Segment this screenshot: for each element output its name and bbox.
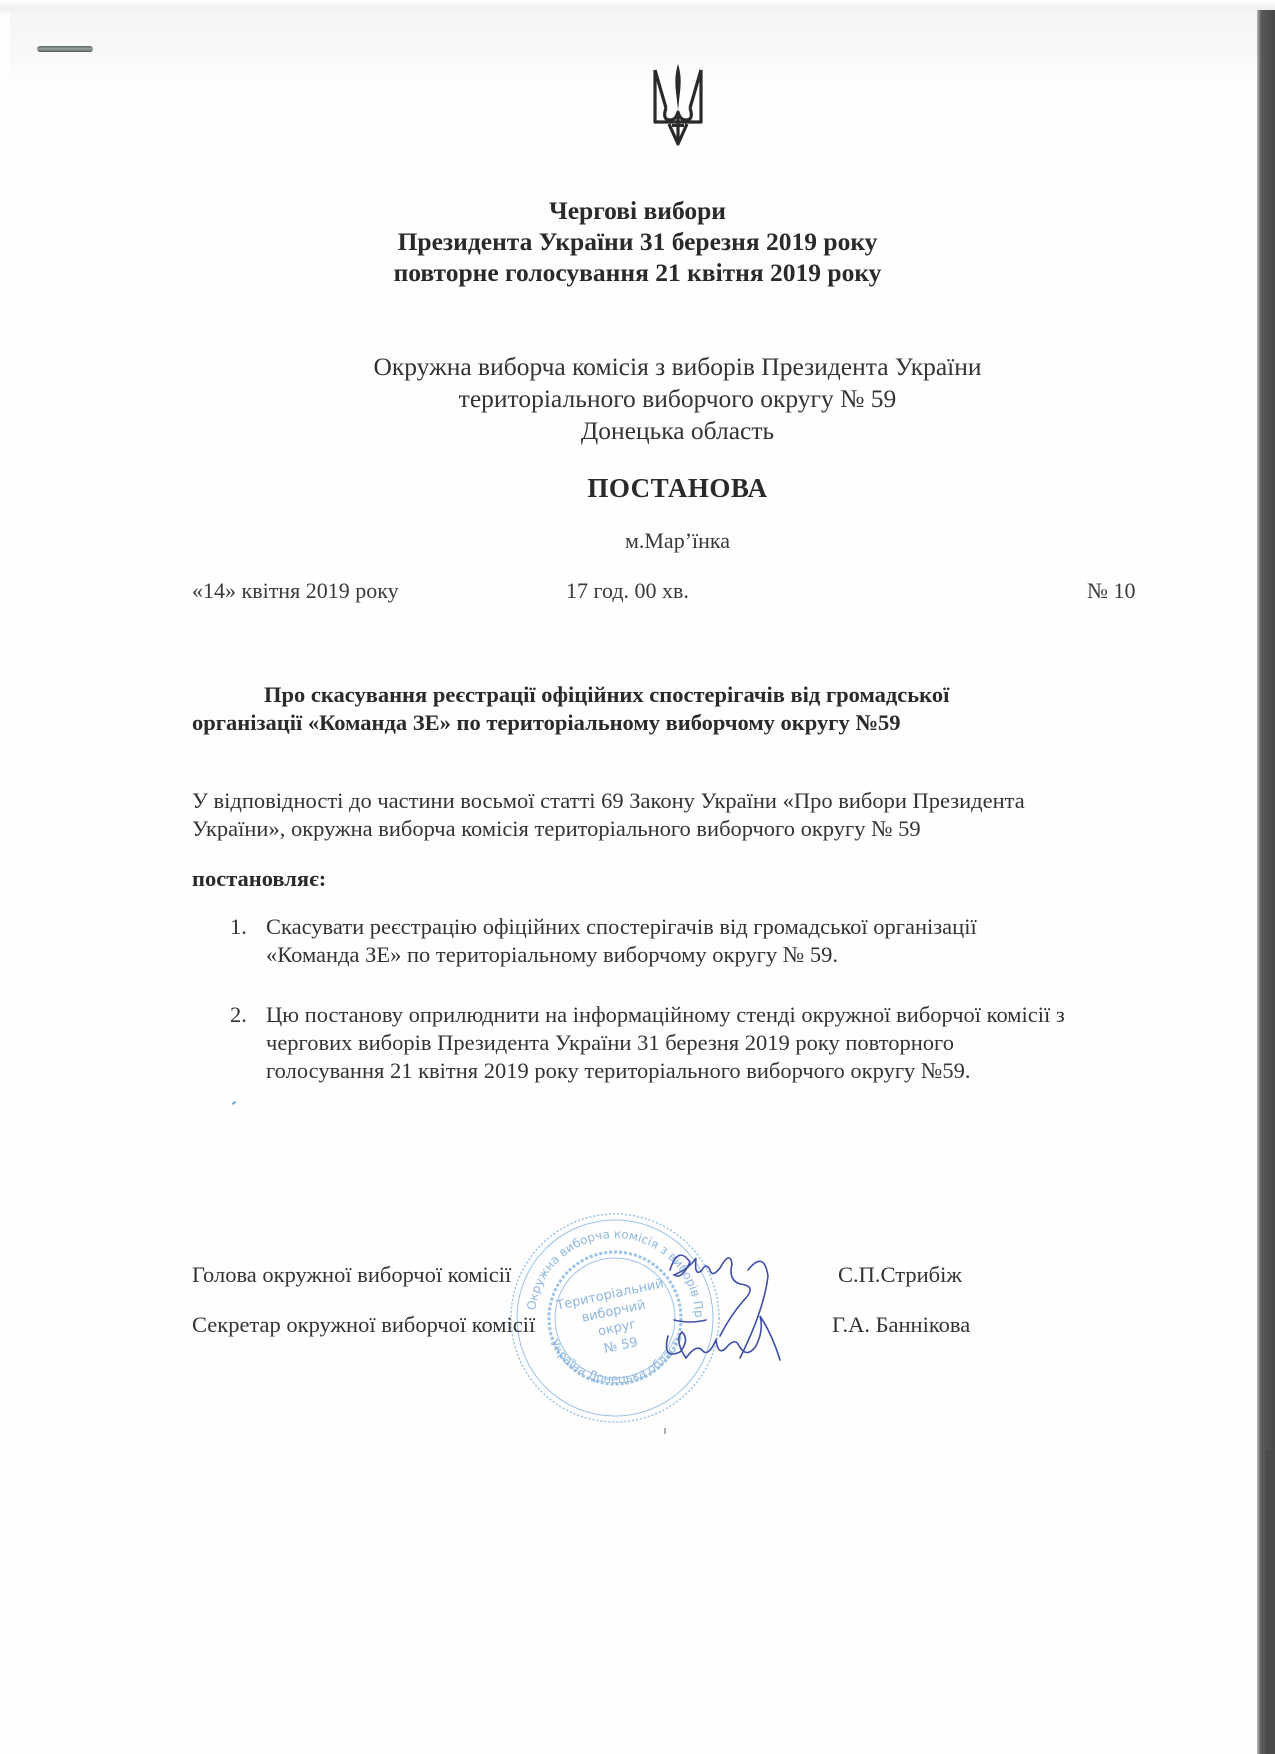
subject-line-1: Про скасування реєстрації офіційних спос… bbox=[264, 682, 949, 708]
item-number-2: 2. bbox=[230, 1002, 247, 1028]
svg-text:№ 59: № 59 bbox=[603, 1335, 640, 1357]
item-1-line-1: Скасувати реєстрацію офіційних спостеріг… bbox=[266, 914, 977, 940]
item-1-line-2: «Команда ЗЕ» по територіальному виборчом… bbox=[266, 942, 838, 968]
document-place: м.Мар’їнка bbox=[0, 528, 1275, 554]
scan-top-shadow bbox=[10, 10, 1260, 90]
signature-role-secretary: Секретар окружної виборчої комісії bbox=[192, 1312, 535, 1338]
preamble-line-1: У відповідності до частини восьмої статт… bbox=[192, 788, 1025, 814]
region-name: Донецька область bbox=[0, 416, 1275, 446]
ink-speck bbox=[232, 1101, 236, 1105]
document-time: 17 год. 00 хв. bbox=[566, 578, 689, 604]
election-title-line-2: Президента України 31 березня 2019 року bbox=[0, 227, 1275, 257]
signature-name-chairman: С.П.Стрибіж bbox=[838, 1262, 962, 1288]
election-title-line-3: повторне голосування 21 квітня 2019 року bbox=[0, 258, 1275, 288]
election-title-line-1: Чергові вибори bbox=[0, 196, 1275, 226]
commission-name-line-2: територіального виборчого округу № 59 bbox=[0, 384, 1275, 414]
signature-role-chairman: Голова окружної виборчої комісії bbox=[192, 1262, 511, 1288]
trident-icon bbox=[652, 62, 704, 150]
staple-mark bbox=[37, 46, 93, 52]
item-2-line-3: голосування 21 квітня 2019 року територі… bbox=[266, 1058, 971, 1084]
item-2-line-2: чергових виборів Президента України 31 б… bbox=[266, 1030, 954, 1056]
subject-line-2: організації «Команда ЗЕ» по територіальн… bbox=[192, 710, 900, 736]
commission-name-line-1: Окружна виборча комісія з виборів Презид… bbox=[0, 352, 1275, 382]
item-number-1: 1. bbox=[230, 914, 247, 940]
document-number: № 10 bbox=[1087, 578, 1136, 604]
scan-right-edge-lower bbox=[1266, 1450, 1275, 1754]
document-date: «14» квітня 2019 року bbox=[192, 578, 399, 604]
item-2-line-1: Цю постанову оприлюднити на інформаційно… bbox=[266, 1002, 1065, 1028]
handwritten-signatures-icon bbox=[660, 1240, 790, 1390]
scan-speck bbox=[664, 1428, 666, 1434]
preamble-line-2: України», окружна виборча комісія терито… bbox=[192, 816, 921, 842]
document-type-title: ПОСТАНОВА bbox=[0, 473, 1275, 504]
resolves-label: постановляє: bbox=[192, 866, 326, 892]
signature-name-secretary: Г.А. Баннікова bbox=[832, 1312, 970, 1338]
